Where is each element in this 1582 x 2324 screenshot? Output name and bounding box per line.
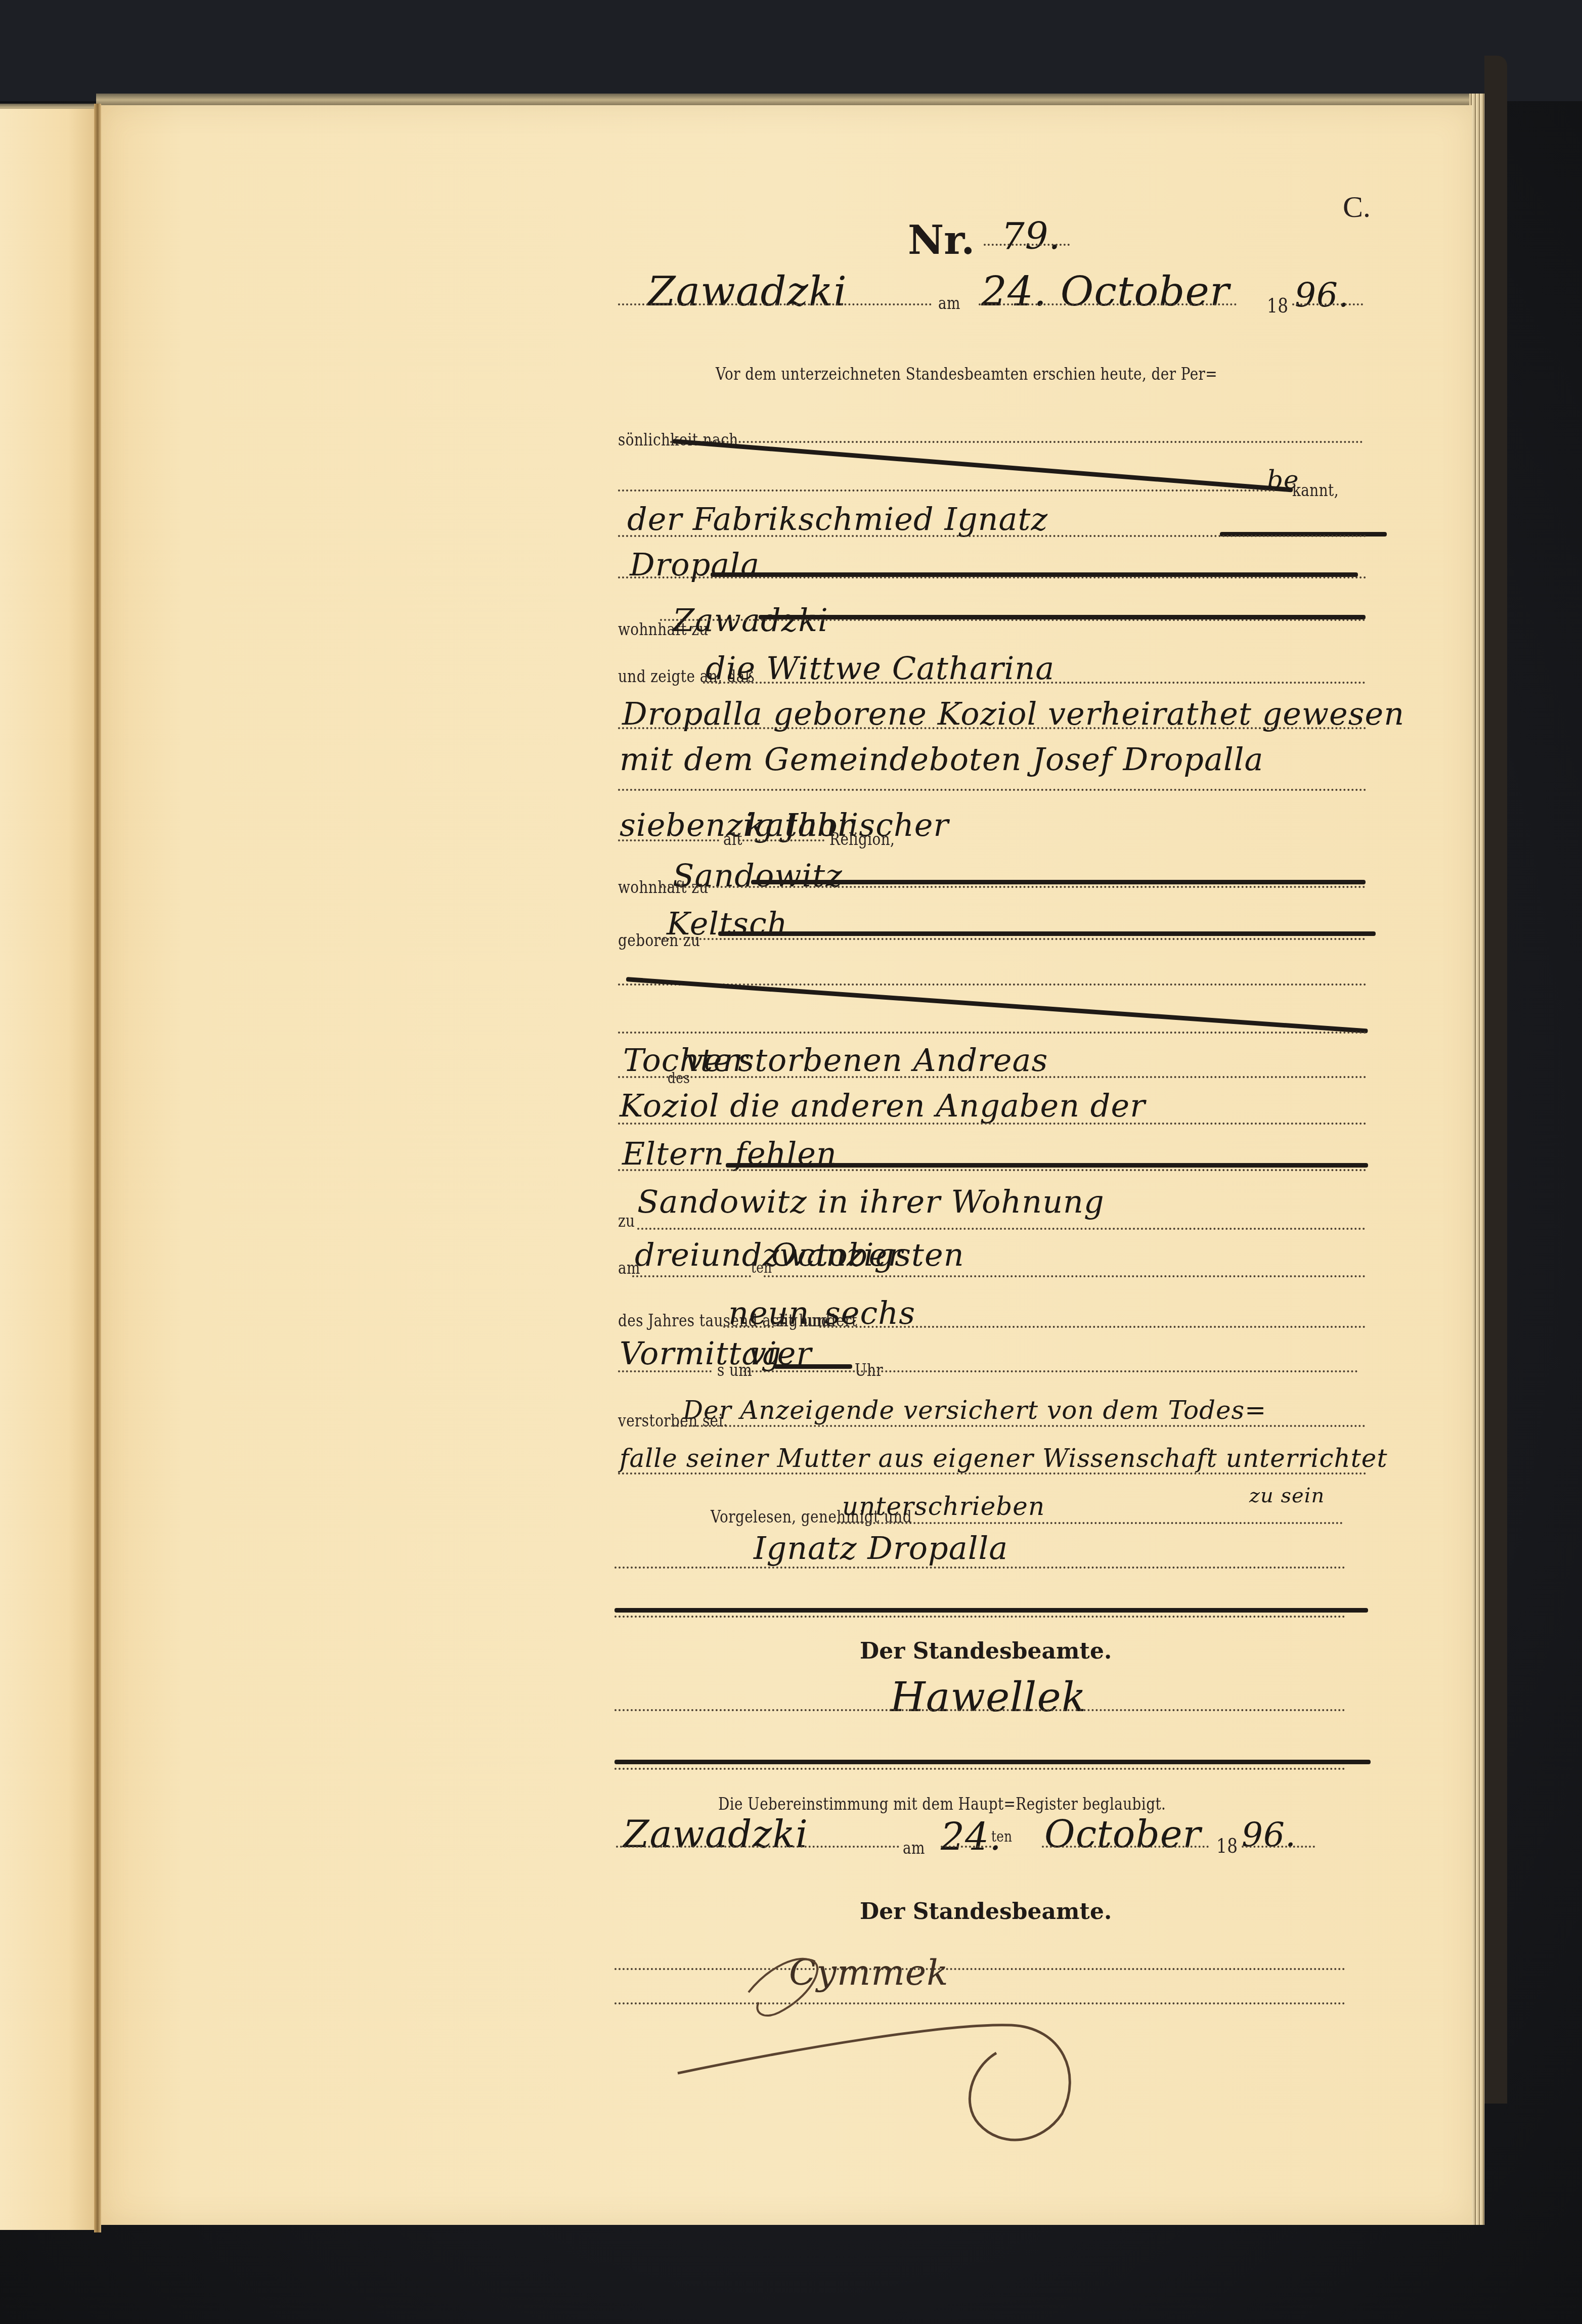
header-year-suffix: 96. bbox=[1295, 276, 1349, 315]
religion-label: Religion, bbox=[829, 829, 895, 850]
death-note-line-1: Der Anzeigende versichert von dem Todes= bbox=[683, 1396, 1266, 1425]
entry-number-line bbox=[984, 244, 1070, 246]
header-place-line bbox=[618, 303, 932, 305]
parents-line-1-b: verstorbenen Andreas bbox=[685, 1042, 1048, 1079]
certification-title: Der Standesbeamte. bbox=[860, 1899, 1112, 1925]
approval-value: unterschrieben bbox=[842, 1492, 1045, 1521]
death-place-label: zu bbox=[618, 1211, 635, 1231]
section-letter: C. bbox=[1343, 190, 1371, 225]
parents-line-1-dots bbox=[618, 1076, 1367, 1078]
informant-line-2-dots bbox=[618, 576, 1367, 578]
parents-line-2-dots bbox=[618, 1123, 1367, 1125]
declaration-line-1-dots bbox=[703, 682, 1366, 684]
declaration-line-2-dots bbox=[618, 727, 1367, 729]
informant-line-1: der Fabrikschmied Ignatz bbox=[627, 501, 1048, 538]
death-note-superscript: zu sein bbox=[1249, 1484, 1325, 1507]
registrar-title: Der Standesbeamte. bbox=[860, 1638, 1112, 1664]
birthplace-dots bbox=[655, 938, 1366, 940]
certification-year-dots bbox=[1242, 1846, 1315, 1848]
death-year-decade-print: zig und bbox=[776, 1311, 830, 1331]
informant-line-1-dots bbox=[618, 535, 1367, 537]
intro-line-2-dots bbox=[670, 441, 1363, 443]
blank-line-2-dots bbox=[618, 1032, 1367, 1034]
strike-line bbox=[673, 439, 1293, 492]
certification-day-suffix: ten bbox=[991, 1828, 1013, 1846]
certification-separator-strike bbox=[614, 1760, 1371, 1764]
death-note-line-2: falle seiner Mutter aus eigener Wissensc… bbox=[620, 1444, 1388, 1473]
certification-text: Die Uebereinstimmung mit dem Haupt=Regis… bbox=[718, 1794, 1166, 1814]
register-entry: C. Nr. 79. Zawadzki am 24. October 18 96… bbox=[0, 0, 1582, 2324]
header-place: Zawadzki bbox=[647, 268, 847, 315]
certification-year-prefix: 18 bbox=[1216, 1835, 1238, 1858]
header-year-prefix: 18 bbox=[1267, 294, 1289, 318]
certification-month-dots bbox=[1042, 1846, 1209, 1848]
certification-day-dots bbox=[941, 1846, 991, 1848]
certification-am: am bbox=[903, 1838, 925, 1858]
death-note-line-2-dots bbox=[618, 1472, 1367, 1474]
declaration-line-3-dots bbox=[618, 789, 1367, 791]
informant-residence-dots bbox=[660, 619, 1366, 621]
certification-place-dots bbox=[616, 1846, 899, 1848]
certification-year-suffix: 96. bbox=[1242, 1815, 1296, 1854]
death-unit-dots bbox=[819, 1326, 1366, 1328]
header-year-line bbox=[1292, 303, 1363, 305]
death-day-dots bbox=[632, 1275, 751, 1277]
header-am-label: am bbox=[938, 293, 960, 314]
religion-dots bbox=[738, 839, 824, 841]
death-decade-dots bbox=[723, 1326, 774, 1328]
known-suffix-print: kannt, bbox=[1292, 480, 1339, 501]
death-place-dots bbox=[637, 1228, 1366, 1230]
signature-separator-strike bbox=[614, 1608, 1368, 1613]
birthplace-fill bbox=[718, 931, 1376, 936]
death-time-dots bbox=[618, 1370, 712, 1372]
age-dots bbox=[618, 839, 719, 841]
death-hour-dots bbox=[743, 1370, 1358, 1372]
header-date-line bbox=[979, 303, 1237, 305]
certification-place: Zawadzki bbox=[623, 1813, 808, 1856]
informant-signature-dots bbox=[614, 1567, 1345, 1569]
deceased-residence-dots bbox=[660, 886, 1366, 888]
entry-number-label: Nr. bbox=[908, 217, 975, 263]
death-month: October bbox=[771, 1236, 903, 1273]
parents-line-2: Koziol die anderen Angaben der bbox=[620, 1087, 1146, 1124]
known-line-dots bbox=[618, 489, 1276, 491]
certification-separator-dots bbox=[614, 1768, 1345, 1770]
declaration-line-3: mit dem Gemeindeboten Josef Dropalla bbox=[620, 741, 1264, 778]
parents-line-3-dots bbox=[618, 1169, 1367, 1171]
death-place: Sandowitz in ihrer Wohnung bbox=[637, 1183, 1105, 1220]
signature-separator-dots bbox=[614, 1616, 1345, 1618]
signature-flourish-icon bbox=[647, 1921, 1153, 2164]
death-note-line-1-dots bbox=[673, 1425, 1366, 1427]
parents-line-3-fill bbox=[726, 1163, 1368, 1168]
deceased-residence-fill bbox=[751, 880, 1366, 884]
deceased-birthplace: Keltsch bbox=[667, 905, 788, 942]
death-month-dots bbox=[764, 1275, 1366, 1277]
deceased-residence: Sandowitz bbox=[673, 857, 843, 894]
registrar-signature-dots bbox=[614, 1709, 1345, 1711]
header-date: 24. October bbox=[981, 268, 1229, 315]
certification-month: October bbox=[1044, 1813, 1201, 1856]
informant-signature: Ignatz Dropalla bbox=[754, 1530, 1008, 1567]
death-hour-fill bbox=[774, 1364, 852, 1369]
approval-dots bbox=[837, 1522, 1343, 1524]
death-day-suffix: ten bbox=[751, 1259, 772, 1277]
entry-number: 79. bbox=[1001, 215, 1061, 257]
intro-line-1: Vor dem unterzeichneten Standesbeamten e… bbox=[716, 364, 1217, 384]
registrar-signature: Hawellek bbox=[890, 1674, 1086, 1721]
